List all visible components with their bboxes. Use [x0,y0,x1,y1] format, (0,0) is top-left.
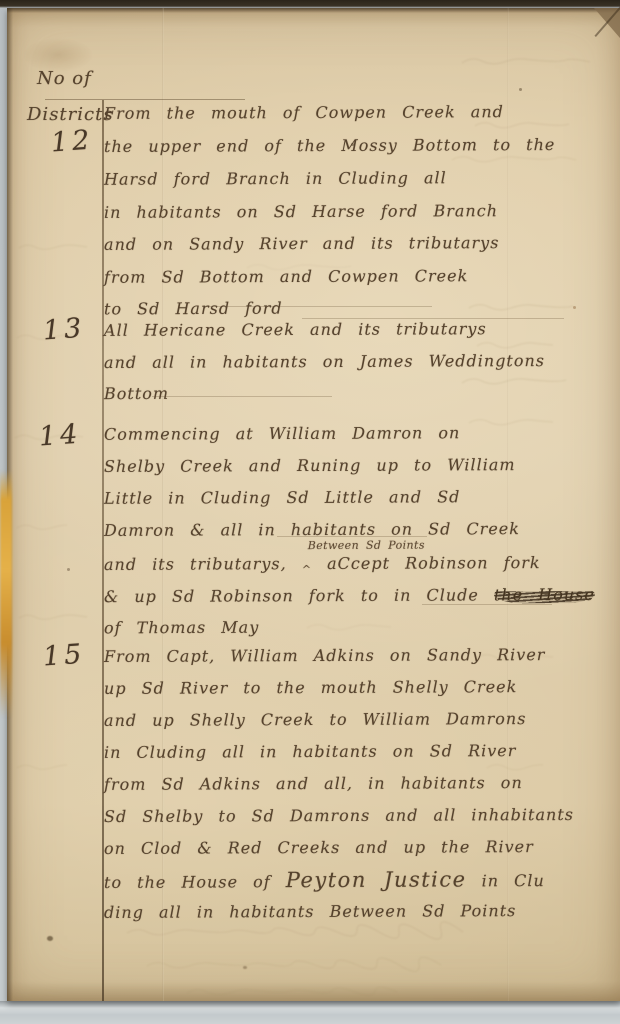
ink-spot [243,966,247,969]
district-13-line-2: and all in habitants on James Weddington… [104,351,545,372]
district-12-line-5: and on Sandy River and its tributarys [104,233,499,254]
manuscript-page: No of Districts 12 From the mouth of Cow… [7,8,620,1001]
district-number-12: 12 [50,125,94,159]
district-14-line-3: Little in Cluding Sd Little and Sd [104,487,460,508]
district-12-line-6: from Sd Bottom and Cowpen Creek [104,266,468,287]
faint-guide-line [152,396,332,397]
district-15-line-1: From Capt, William Adkins on Sandy River [104,645,546,666]
district-number-13: 13 [42,313,86,347]
discoloration-stain [23,38,93,72]
insertion-caret: ^ [302,563,312,576]
column-header-districts: Districts [27,104,114,125]
district-14-line-4: Damron & all in habitants on Sd Creek [104,519,520,540]
district-15-line-7: on Clod & Red Creeks and up the River [104,837,534,858]
insertion-point: ^Between Sd Points [302,554,312,576]
district-14-line-2: Shelby Creek and Runing up to William [104,455,516,476]
scanner-bed-strip [0,1001,620,1024]
gilded-binding-edge [0,470,12,718]
emphasized-name: Peyton Justice [286,867,467,892]
district-13-line-1: All Hericane Creek and its tributarys [104,319,487,340]
district-15-line-6: Sd Shelby to Sd Damrons and all inhabita… [104,805,574,826]
district-14-line-5-seg1: and its tributarys, [104,554,287,574]
header-underline-rule [45,99,245,100]
district-12-line-7: to Sd Harsd ford [104,299,283,319]
district-15-line-8-seg2: in Clu [467,871,545,890]
district-15-line-3: and up Shelly Creek to William Damrons [104,709,527,730]
district-15-line-8: to the House of Peyton Justice in Clu [104,867,545,893]
foxing-spot [573,306,576,309]
district-15-line-2: up Sd River to the mouth Shelly Creek [104,677,517,698]
district-13-line-3: Bottom [104,384,169,403]
district-12-line-2: the upper end of the Mossy Bottom to the [104,135,555,156]
column-header-no-of: No of [37,68,92,89]
ink-spot [47,936,53,941]
district-14-line-6-seg1: & up Sd Robinson fork to in Clude [104,585,494,606]
district-15-line-8-seg1: to the House of [104,872,286,892]
district-14-line-5-seg2: aCcept Robinson fork [327,553,541,573]
ink-spot [519,88,522,91]
district-14-line-6: & up Sd Robinson fork to in Clude the Ho… [104,585,595,606]
district-14-line-1: Commencing at William Damron on [104,423,460,444]
district-number-15: 15 [42,639,86,673]
district-14-line-7: of Thomas May [104,618,259,638]
district-15-line-5: from Sd Adkins and all, in habitants on [104,773,523,794]
district-15-line-4: in Cluding all in habitants on Sd River [104,741,516,762]
ink-spot [67,568,70,571]
district-number-14: 14 [38,419,82,453]
district-15-line-9: ding all in habitants Between Sd Points [104,901,516,922]
district-12-line-1: From the mouth of Cowpen Creek and [104,102,504,123]
interlined-insertion-text: Between Sd Points [308,539,425,553]
district-12-line-3: Harsd ford Branch in Cluding all [104,168,447,188]
district-12-line-4: in habitants on Sd Harse ford Branch [104,201,498,222]
district-14-line-5: and its tributarys, ^Between Sd Points a… [104,553,541,577]
struck-out-text: the House [494,585,595,604]
page-top-edge [7,8,620,13]
